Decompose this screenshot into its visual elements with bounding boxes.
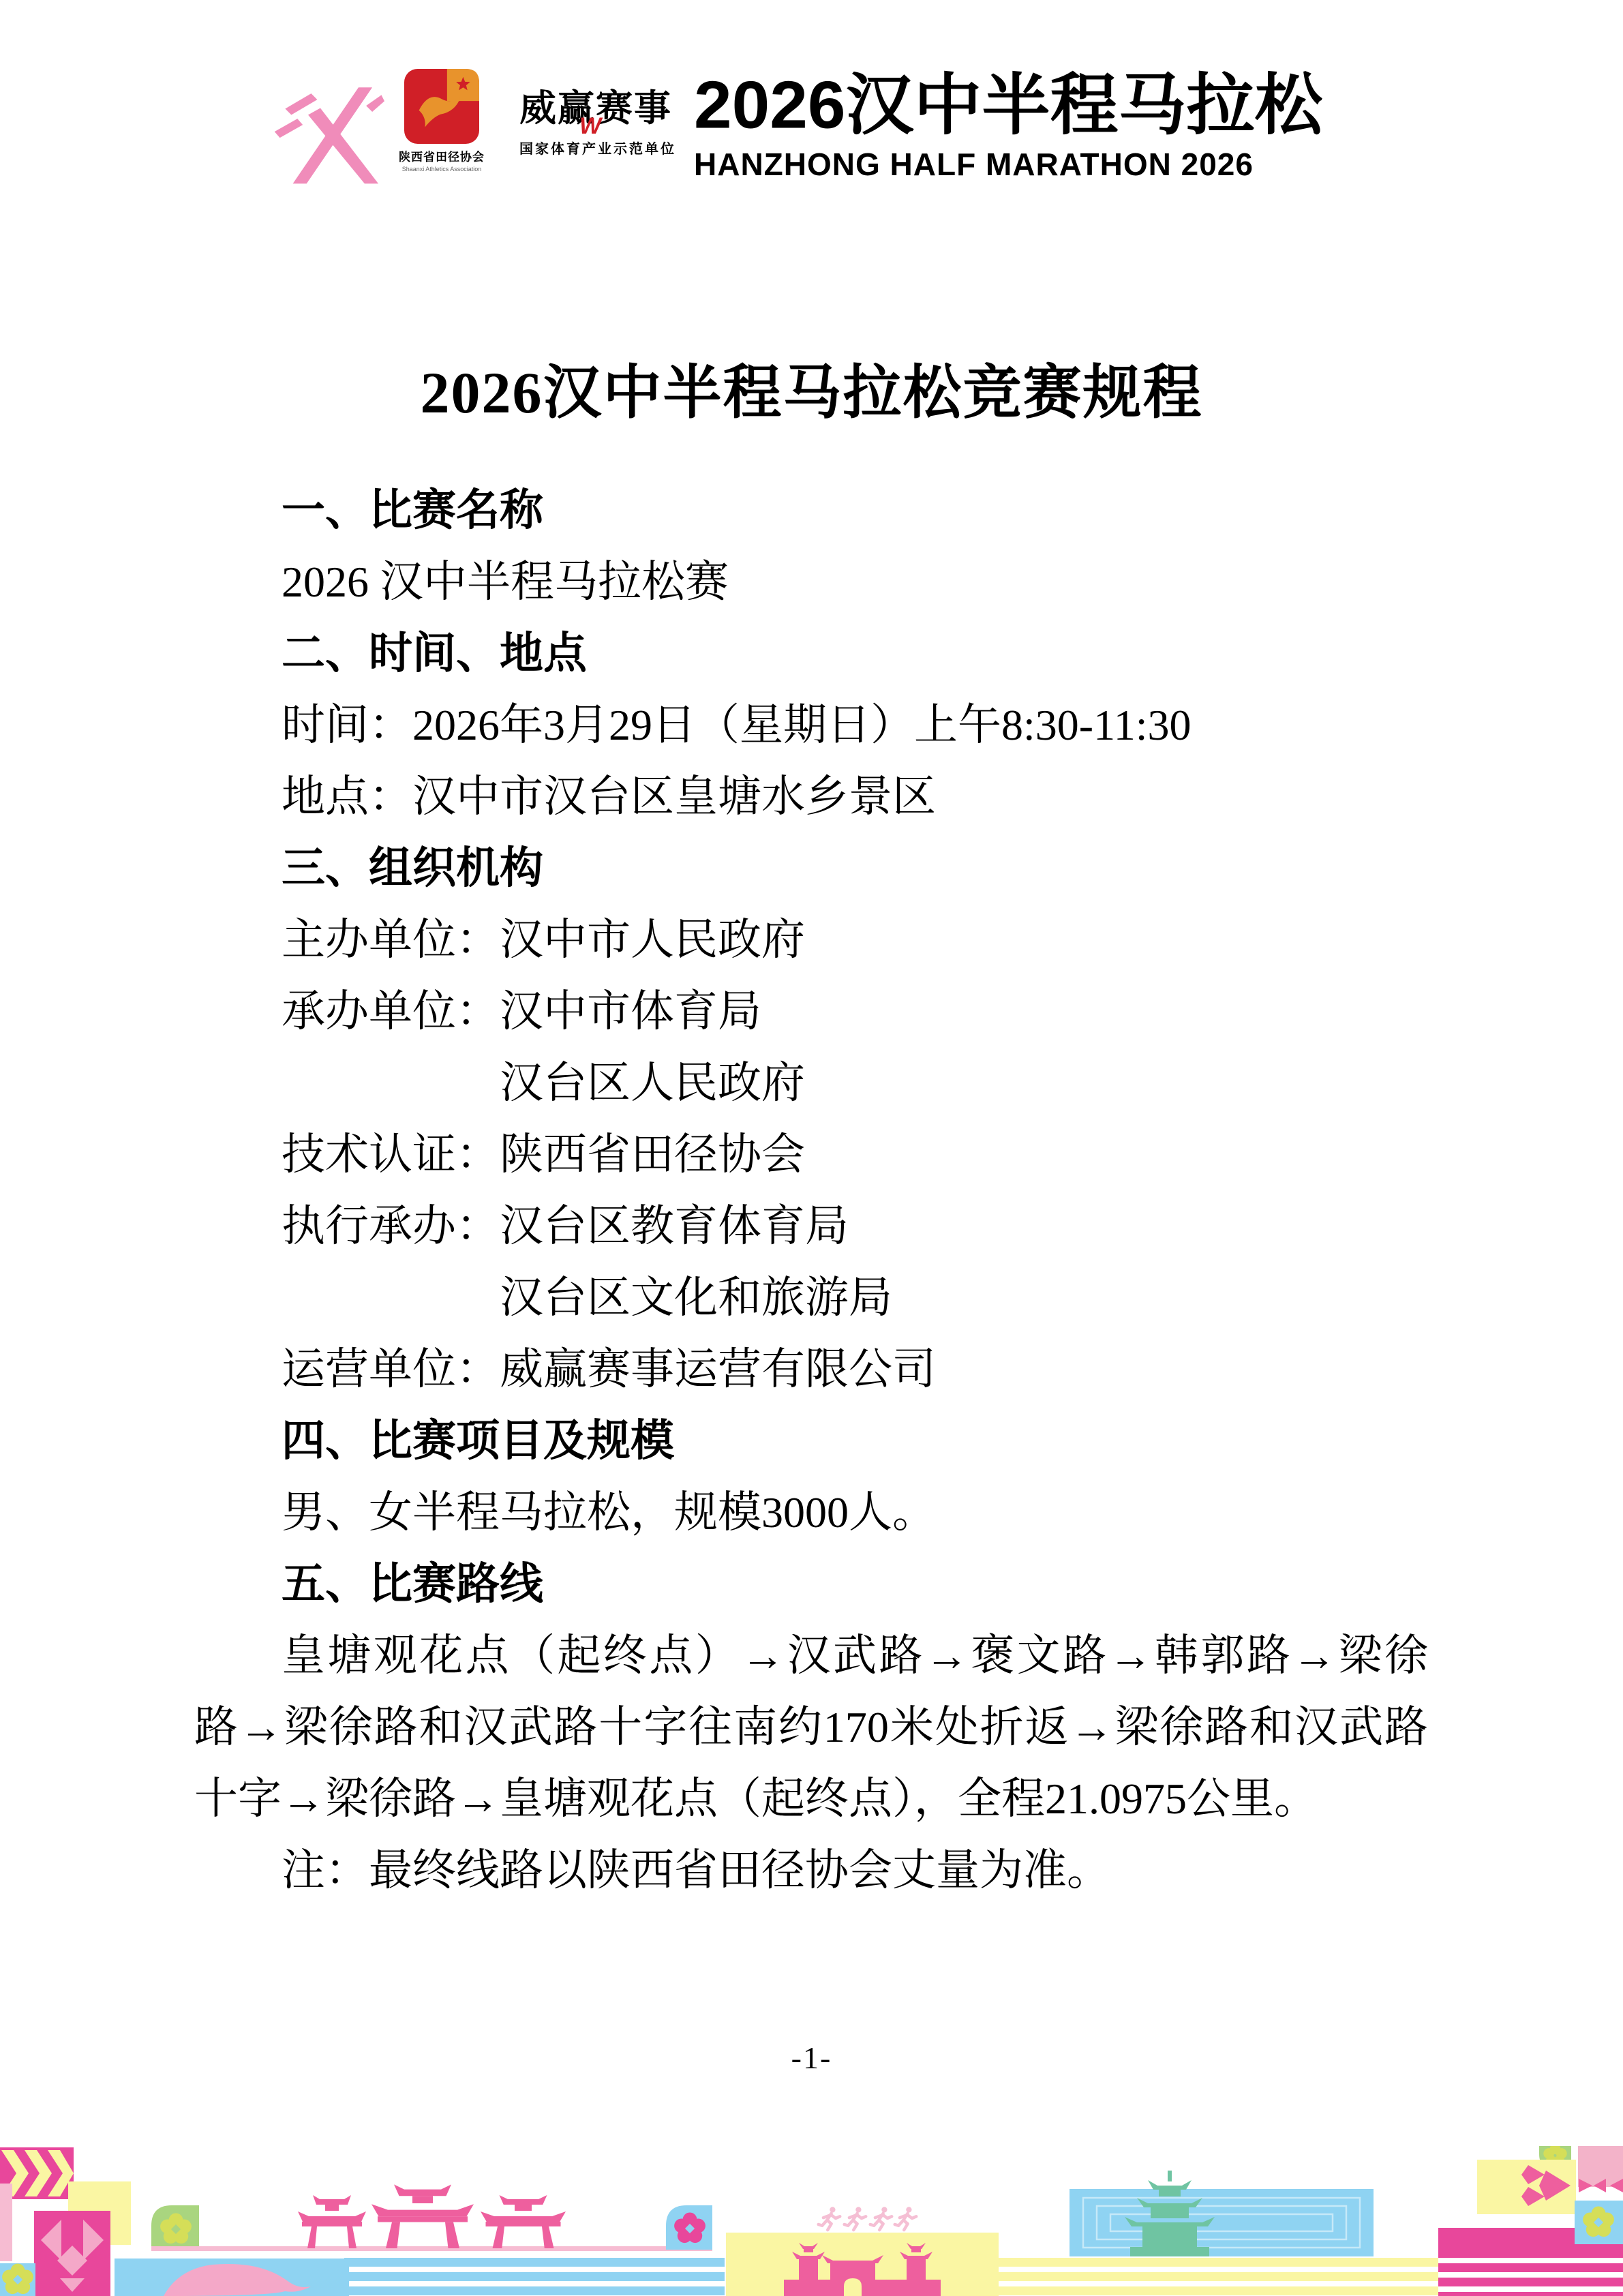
text-line: 2026 汉中半程马拉松赛 [194, 546, 1428, 618]
text-line: 四、比赛项目及规模 [194, 1405, 1428, 1477]
text-line: 主办单位：汉中市人民政府 [194, 904, 1428, 976]
text-line: 时间：2026年3月29日（星期日）上午8:30-11:30 [194, 689, 1428, 761]
paifang-gates [298, 2184, 566, 2248]
event-banner-title: 2026汉中半程马拉松 HANZHONG HALF MARATHON 2026 [694, 71, 1369, 183]
text-line: 汉台区人民政府 [194, 1047, 1428, 1119]
shaanxi-athletics-badge-icon [404, 68, 479, 145]
weiying-subtitle: 国家体育产业示范单位 [519, 138, 676, 157]
footer-water-band [115, 2259, 349, 2296]
text-line: 承办单位：汉中市体育局 [194, 976, 1428, 1047]
gate-arch [844, 2278, 862, 2296]
text-line: 注：最终线路以陕西省田径协会丈量为准。 [194, 1834, 1428, 1906]
text-line: 二、时间、地点 [194, 618, 1428, 689]
footer-right-geometric-blocks [1438, 2146, 1623, 2296]
event-title-english: HANZHONG HALF MARATHON 2026 [694, 146, 1369, 183]
weiying-events-logo: 威赢赛事 W 国家体育产业示范单位 [519, 90, 676, 157]
footer-left-geometric-blocks [0, 2147, 131, 2296]
runners-icon [819, 2207, 917, 2230]
text-line: 技术认证：陕西省田径协会 [194, 1119, 1428, 1190]
hanzhong-city-logo [270, 86, 384, 188]
text-line: 运营单位：威赢赛事运营有限公司 [194, 1333, 1428, 1405]
footer-magenta-stripes [1438, 2263, 1623, 2296]
document-title: 2026汉中半程马拉松竞赛规程 [0, 345, 1623, 429]
shaanxi-association-name-en: Shaanxi Athletics Association [394, 166, 489, 172]
text-line: 皇塘观花点（起终点）→汉武路→褒文路→韩郭路→梁徐 [194, 1620, 1428, 1691]
text-line: 五、比赛路线 [194, 1548, 1428, 1620]
footer-baseline [151, 2246, 712, 2251]
text-line: 地点：汉中市汉台区皇塘水乡景区 [194, 761, 1428, 832]
page-header: 陕西省田径协会 Shaanxi Athletics Association 威赢… [270, 57, 1369, 188]
footer-blue-stripes [344, 2258, 725, 2295]
footer-city-gate-block [726, 2233, 999, 2296]
text-line: 三、组织机构 [194, 832, 1428, 904]
footer-illustration [0, 2146, 1623, 2296]
event-title-chinese: 2026汉中半程马拉松 [694, 71, 1369, 139]
document-page: 陕西省田径协会 Shaanxi Athletics Association 威赢… [0, 0, 1623, 2296]
text-line: 一、比赛名称 [194, 474, 1428, 546]
text-line: 汉台区文化和旅游局 [194, 1262, 1428, 1333]
footer-pagoda-block [1070, 2171, 1374, 2256]
footer-yellow-stripes [999, 2258, 1438, 2295]
shaanxi-association-name-cn: 陕西省田径协会 [394, 147, 489, 164]
text-line: 路→梁徐路和汉武路十字往南约170米处折返→梁徐路和汉武路 [194, 1691, 1428, 1763]
document-body: 一、比赛名称2026 汉中半程马拉松赛二、时间、地点时间：2026年3月29日（… [194, 474, 1428, 1906]
text-line: 男、女半程马拉松，规模3000人。 [194, 1477, 1428, 1548]
shaanxi-athletics-logo: 陕西省田径协会 Shaanxi Athletics Association [394, 68, 489, 172]
weiying-w-mark: W [579, 113, 600, 140]
page-number: -1- [0, 2040, 1623, 2076]
text-line: 十字→梁徐路→皇塘观花点（起终点），全程21.0975公里。 [194, 1763, 1428, 1834]
text-line: 执行承办：汉台区教育体育局 [194, 1190, 1428, 1262]
